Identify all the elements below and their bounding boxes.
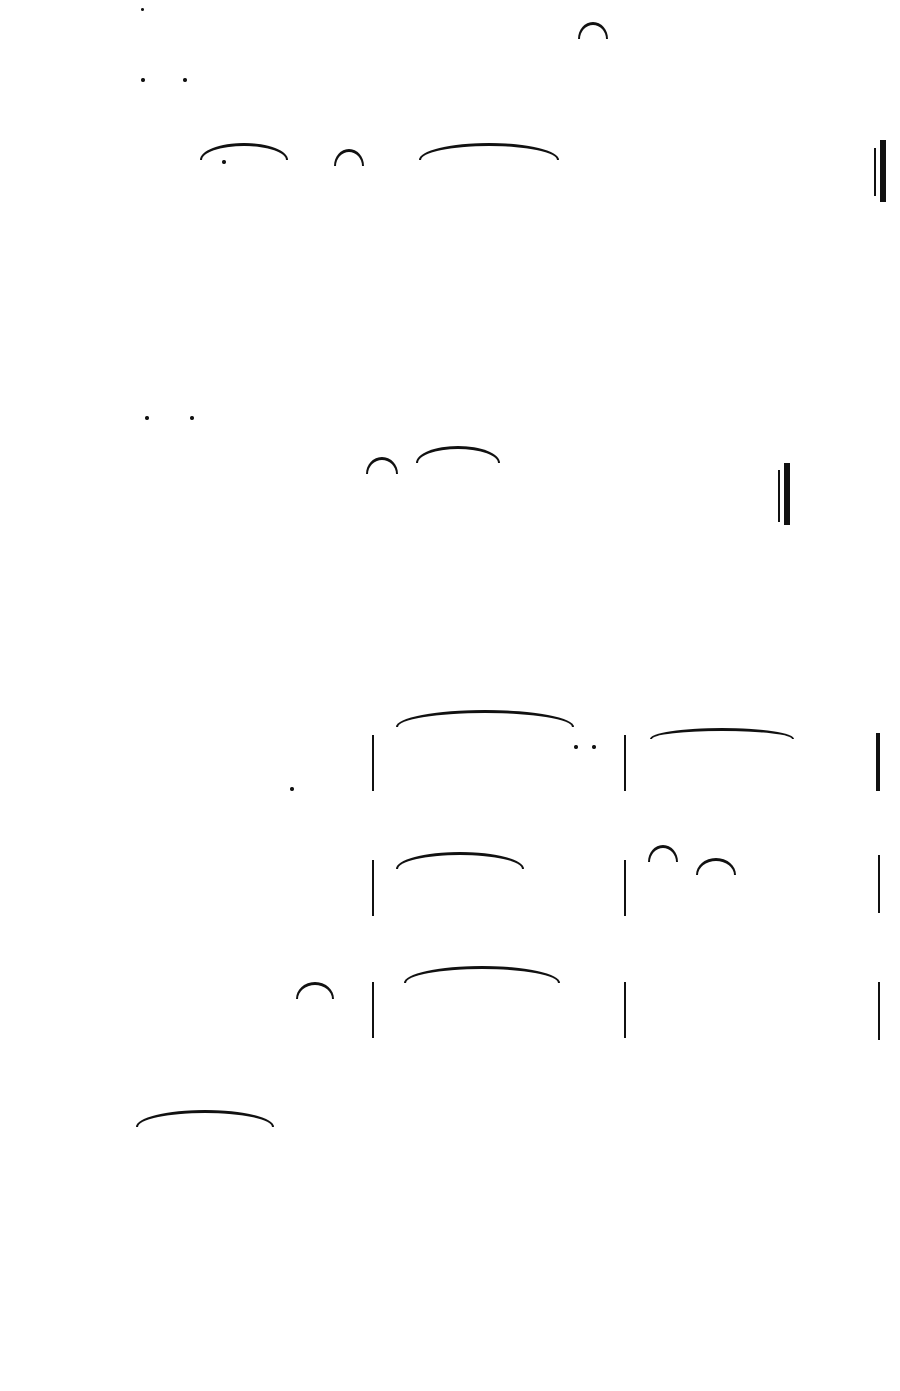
- slur: [419, 143, 559, 160]
- slur: [366, 457, 398, 474]
- slur: [396, 852, 524, 869]
- low-octave-dot: [190, 416, 194, 420]
- stray-dot: [141, 8, 144, 11]
- slur: [578, 22, 608, 39]
- slur: [396, 710, 574, 727]
- low-octave-dot: [145, 416, 149, 420]
- barline: [878, 855, 880, 913]
- barline: [624, 735, 626, 791]
- slur: [200, 143, 288, 160]
- slur: [650, 728, 794, 739]
- barline: [778, 470, 780, 522]
- low-octave-dot: [290, 787, 294, 791]
- barline: [624, 982, 626, 1038]
- barline: [874, 148, 876, 196]
- barline: [624, 860, 626, 916]
- slur: [136, 1110, 274, 1127]
- slur: [334, 149, 364, 166]
- barline: [878, 982, 880, 1040]
- slur: [696, 858, 736, 875]
- barline: [372, 982, 374, 1038]
- low-octave-dot: [141, 78, 145, 82]
- high-octave-dot: [592, 745, 596, 749]
- final-barline: [880, 140, 886, 202]
- final-barline: [784, 463, 790, 525]
- barline: [876, 733, 880, 791]
- slur: [296, 982, 334, 999]
- slur: [404, 966, 560, 983]
- barline: [372, 860, 374, 916]
- high-octave-dot: [222, 160, 226, 164]
- low-octave-dot: [183, 78, 187, 82]
- slur: [416, 446, 500, 463]
- barline: [372, 735, 374, 791]
- high-octave-dot: [574, 745, 578, 749]
- slur: [648, 845, 678, 862]
